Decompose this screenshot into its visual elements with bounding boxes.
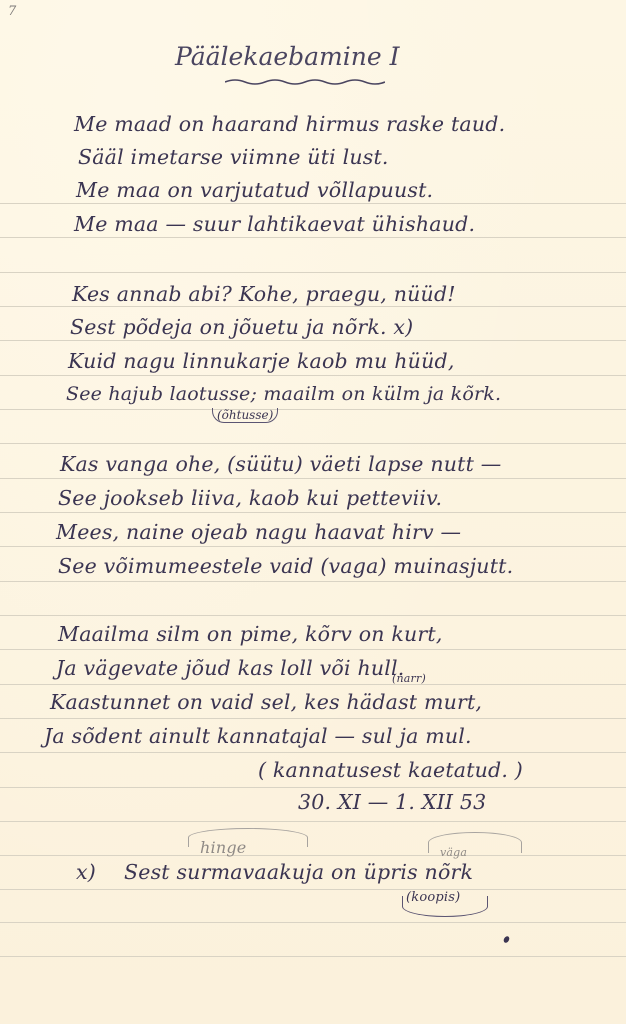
poem-line: Sest põdeja on jõuetu ja nõrk. x) <box>70 315 413 339</box>
poem-title: Pääle­kaebamine I <box>175 42 399 71</box>
rule-line <box>0 581 626 582</box>
pencil-insertion: hinge <box>200 838 246 857</box>
poem-line: Me maa on varjutatud võllapuust. <box>76 178 433 202</box>
rule-line <box>0 615 626 616</box>
rule-line <box>0 855 626 856</box>
rule-line <box>0 478 626 479</box>
poem-date: 30. XI — 1. XII 53 <box>298 790 486 814</box>
inserted-word-note: (narr) <box>392 672 426 685</box>
poem-subtitle: ( kannatusest kaetatud. ) <box>258 758 523 782</box>
rule-line <box>0 306 626 307</box>
poem-line: Me maad on haarand hirmus raske taud. <box>74 112 505 136</box>
footnote-marker: x) <box>76 860 96 884</box>
poem-line: See hajub laotusse; maailm on külm ja kõ… <box>66 383 501 405</box>
poem-line: Kaastunnet on vaid sel, kes hädast murt, <box>50 690 482 714</box>
poem-line: Ja sõdent ainult kannatajal — sul ja mul… <box>44 724 472 748</box>
page-number: 7 <box>8 4 16 19</box>
rule-line <box>0 443 626 444</box>
rule-line <box>0 718 626 719</box>
poem-line: See võimumeestele vaid (vaga) muinasjutt… <box>58 554 513 578</box>
rule-line <box>0 272 626 273</box>
wavy-underline <box>225 78 385 86</box>
poem-line: Kas vanga ohe, (süütu) väeti lapse nutt … <box>60 452 501 476</box>
alternative-word-note: (õhtusse) <box>212 408 278 423</box>
rule-line <box>0 889 626 890</box>
rule-line <box>0 649 626 650</box>
rule-line <box>0 237 626 238</box>
rule-line <box>0 684 626 685</box>
poem-line: Ja vägevate jõud kas loll või hull. <box>56 656 404 680</box>
rule-line <box>0 922 626 923</box>
poem-line: Mees, naine ojeab nagu haavat hirv — <box>56 520 461 544</box>
rule-line <box>0 787 626 788</box>
rule-line <box>0 821 626 822</box>
poem-line: Kuid nagu linnukarje kaob mu hüüd, <box>68 349 455 373</box>
poem-line: Kes annab abi? Kohe, praegu, nüüd! <box>72 282 456 306</box>
ink-arc <box>402 896 488 917</box>
pencil-insertion: väga <box>440 846 467 859</box>
rule-line <box>0 203 626 204</box>
manuscript-page: 7 Pääle­kaebamine I Me maad on haarand h… <box>0 0 626 1024</box>
footnote-text: Sest surmavaakuja on üpris nõrk <box>124 860 473 884</box>
ink-blot <box>503 935 511 944</box>
poem-line: See jookseb liiva, kaob kui petteviiv. <box>58 486 442 510</box>
rule-line <box>0 752 626 753</box>
rule-line <box>0 512 626 513</box>
rule-line <box>0 956 626 957</box>
rule-line <box>0 375 626 376</box>
poem-line: Sääl imetarse viimne üti lust. <box>78 145 389 169</box>
rule-line <box>0 546 626 547</box>
rule-line <box>0 340 626 341</box>
poem-line: Maailma silm on pime, kõrv on kurt, <box>58 622 443 646</box>
rule-line <box>0 409 626 410</box>
poem-line: Me maa — suur lahtikaevat ühishaud. <box>74 212 475 236</box>
